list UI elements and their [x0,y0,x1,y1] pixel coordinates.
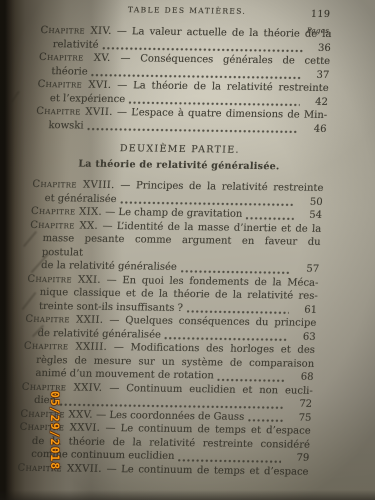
book-page-photo: TABLE DES MATIÈRES. 119 Pages. Chapitre … [0,0,375,500]
camera-date-stamp: 05/29/2018 [48,391,62,470]
